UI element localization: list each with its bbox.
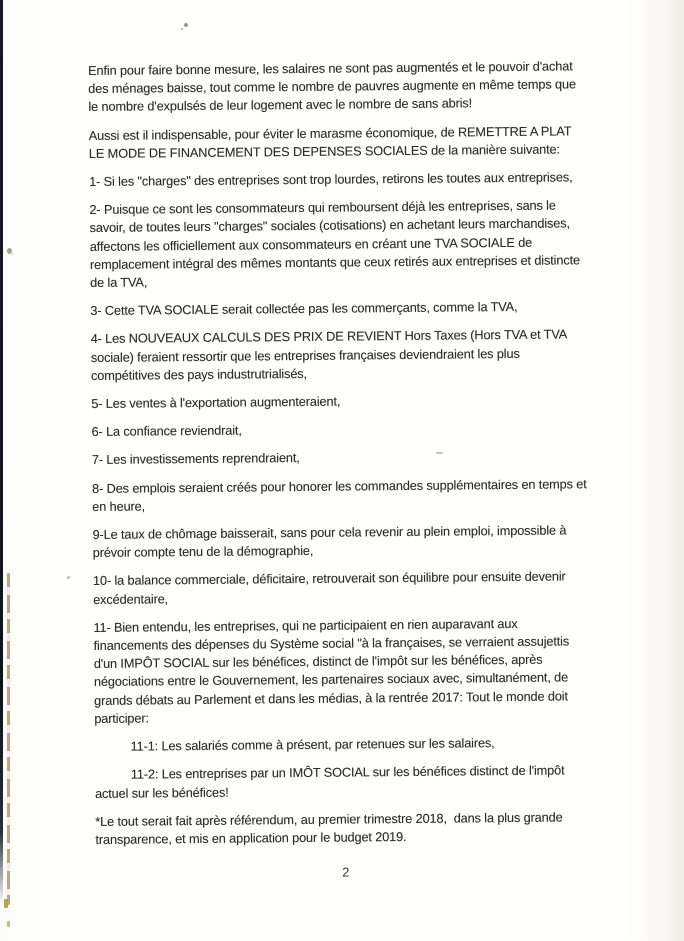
paragraph-thesis: Aussi est il indispensable, pour éviter … [89, 122, 589, 163]
list-item-5: 5- Les ventes à l'exportation augmentera… [91, 390, 591, 413]
page-number: 2 [96, 861, 596, 884]
list-item-4: 4- Les NOUVEAUX CALCULS DES PRIX DE REVI… [91, 326, 592, 385]
scan-edge-artifact [0, 0, 3, 904]
scan-speck [184, 23, 188, 27]
paragraph-list: Enfin pour faire bonne mesure, les salai… [88, 57, 596, 849]
document-page: Enfin pour faire bonne mesure, les salai… [0, 0, 684, 941]
scan-speck [67, 576, 70, 579]
list-item-2: 2- Puisque ce sont les consommateurs qui… [89, 196, 590, 292]
scan-streak-artifact [7, 573, 10, 905]
list-item-11-2: 11-2: Les entreprises par un IMÔT SOCIAL… [95, 761, 595, 802]
list-item-1: 1- Si les "charges" des entreprises sont… [89, 168, 589, 191]
scan-speck [7, 248, 12, 254]
scan-speck [7, 921, 10, 927]
list-item-6: 6- La confiance reviendrait, [91, 418, 591, 441]
scan-speck [4, 899, 8, 908]
list-item-11-1: 11-1: Les salariés comme à présent, par … [94, 733, 594, 756]
list-item-3: 3- Cette TVA SOCIALE serait collectée pa… [90, 297, 590, 320]
list-item-9: 9-Le taux de chômage baisserait, sans po… [92, 521, 592, 562]
list-item-11: 11- Bien entendu, les entreprises, qui n… [93, 614, 594, 728]
list-item-10: 10- la balance commerciale, déficitaire,… [93, 568, 593, 609]
page-content: Enfin pour faire bonne mesure, les salai… [88, 57, 596, 884]
paragraph-intro: Enfin pour faire bonne mesure, les salai… [88, 57, 589, 116]
list-item-8: 8- Des emplois seraient créés pour honor… [92, 475, 592, 516]
paragraph-footnote: *Le tout serait fait après référendum, a… [95, 808, 595, 849]
list-item-7: 7- Les investissements reprendraient, [92, 447, 592, 470]
